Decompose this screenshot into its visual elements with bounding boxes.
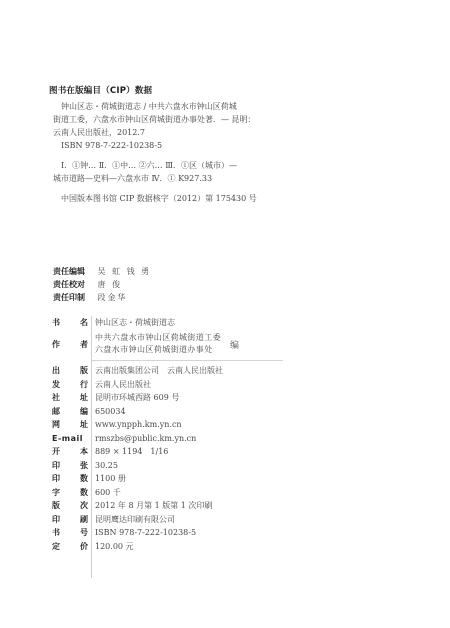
author-line: 六盘水市钟山区荷城街道办事处: [95, 344, 221, 356]
info-value: 1100 册: [95, 472, 126, 485]
info-label: 发行: [52, 378, 88, 391]
info-label: 邮编: [52, 405, 88, 418]
info-value: 昆明市环城西路 609 号: [95, 391, 179, 404]
info-label: 开本: [52, 445, 88, 458]
cip-line: Ⅰ．①钟… Ⅱ．①中… ②六… Ⅲ．①区（城市）—: [61, 161, 237, 171]
cip-line: 街道工委，六盘水市钟山区荷城街道办事处著．— 昆明：: [53, 115, 256, 125]
info-label: 印刷: [52, 513, 88, 526]
info-value: www.ynpph.km.yn.cn: [95, 418, 182, 431]
author-suffix: 编: [230, 338, 239, 351]
info-value: 钟山区志・荷城街道志: [95, 316, 175, 329]
info-label: 网址: [52, 418, 88, 431]
info-label: E-mail: [52, 432, 88, 445]
info-value: 889 × 1194 1/16: [95, 445, 168, 458]
author-line: 中共六盘水市钟山区荷城街道工委: [95, 332, 221, 344]
cip-line: 城市道路—史料—六盘水市 Ⅳ．① K927.33: [53, 174, 212, 184]
info-value: rmszbs@public.km.yn.cn: [95, 432, 196, 445]
info-value: 昆明鹰达印刷有限公司: [95, 513, 175, 526]
author-lines: 中共六盘水市钟山区荷城街道工委 六盘水市钟山区荷城街道办事处: [95, 332, 221, 356]
responsibility-row: 责任编辑 吴 虹 钱 勇: [53, 266, 151, 278]
cip-line: ISBN 978-7-222-10238-5: [61, 141, 162, 151]
responsibility-row: 责任印制 段金华: [53, 292, 128, 304]
info-value: 600 千: [95, 486, 121, 499]
info-value: 120.00 元: [95, 540, 134, 553]
cip-line: 钟山区志・荷城街道志 / 中共六盘水市钟山区荷城: [61, 102, 237, 112]
info-value: 2012 年 8 月第 1 版第 1 次印刷: [95, 499, 212, 512]
info-label: 出版: [52, 364, 88, 377]
info-value: 30.25: [95, 459, 118, 472]
info-label: 社址: [52, 391, 88, 404]
responsibility-label: 责任编辑: [53, 266, 95, 278]
info-value: 650034: [95, 405, 126, 418]
info-label: 作 者: [52, 338, 88, 351]
responsibility-label: 责任校对: [53, 279, 95, 291]
info-value: 云南人民出版社: [95, 378, 151, 391]
responsibility-label: 责任印制: [53, 292, 95, 304]
info-label: 印张: [52, 459, 88, 472]
info-label: 定价: [52, 540, 88, 553]
info-value: ISBN 978-7-222-10238-5: [95, 526, 196, 539]
responsibility-row: 责任校对 唐 俊: [53, 279, 122, 291]
vertical-divider: [91, 316, 92, 578]
responsibility-value: 唐 俊: [98, 279, 123, 291]
copyright-page: 图书在版编目（CIP）数据 钟山区志・荷城街道志 / 中共六盘水市钟山区荷城 街…: [0, 0, 450, 628]
cip-line: 云南人民出版社，2012.7: [53, 128, 145, 138]
info-label: 印数: [52, 472, 88, 485]
cip-title: 图书在版编目（CIP）数据: [49, 84, 152, 96]
info-label: 书 名: [52, 316, 88, 329]
cip-line: 中国版本图书馆 CIP 数据核字（2012）第 175430 号: [61, 194, 257, 204]
info-value: 云南出版集团公司 云南人民出版社: [95, 364, 223, 377]
responsibility-value: 段金华: [98, 292, 128, 304]
info-label: 书号: [52, 526, 88, 539]
responsibility-value: 吴 虹 钱 勇: [98, 266, 152, 278]
info-label: 字数: [52, 486, 88, 499]
horizontal-divider: [91, 360, 283, 361]
info-label: 版次: [52, 499, 88, 512]
